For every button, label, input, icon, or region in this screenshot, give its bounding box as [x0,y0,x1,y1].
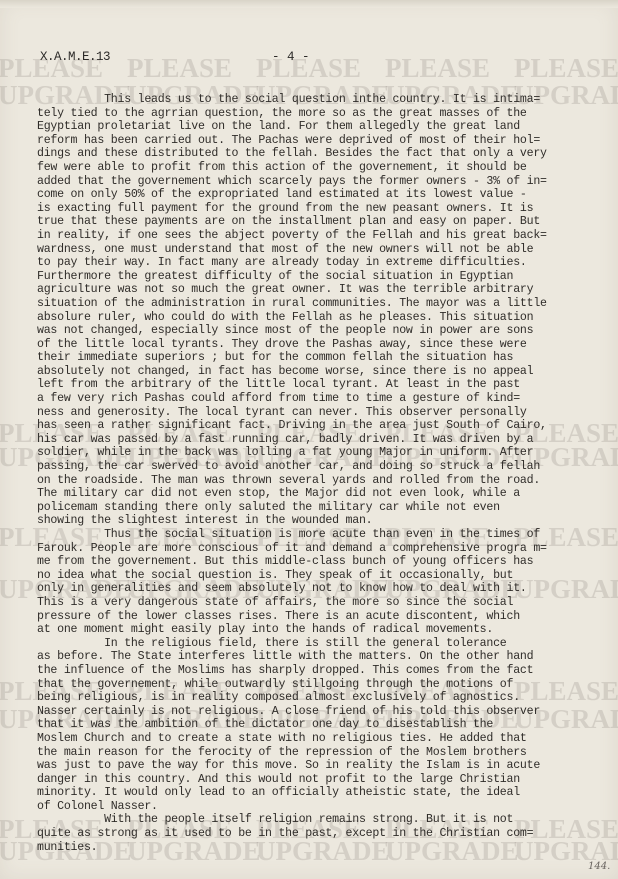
text-line: The military car did not even stop, the … [37,487,597,501]
text-line: being religious, is in reality composed … [37,691,597,705]
text-line: pressure of the lower classes rises. The… [37,610,597,624]
text-line: in reality, if one sees the abject pover… [37,229,597,243]
text-line: Thus the social situation is more acute … [37,528,597,542]
text-line: to pay their way. In fact many are alrea… [37,256,597,270]
text-line: no idea what the social question is. The… [37,569,597,583]
text-line: added that the governement which scarcel… [37,175,597,189]
text-line: absolure ruler, who could do with the Fe… [37,311,597,325]
text-line: situation of the administration in rural… [37,297,597,311]
text-line: Egyptian proletariat live on the land. F… [37,120,597,134]
text-line: Nasser certainly is not religious. A clo… [37,705,597,719]
page-number: - 4 - [272,50,310,64]
text-line: on the roadside. The man was thrown seve… [37,474,597,488]
text-line: Furthermore the greatest difficulty of t… [37,270,597,284]
text-line: of the little local tyrants. They drove … [37,338,597,352]
text-line: was not changed, especially since most o… [37,324,597,338]
text-line: few were able to profit from this action… [37,161,597,175]
watermark-text: PLEASE [514,55,618,82]
text-line: Moslem Church and to create a state with… [37,732,597,746]
document-page: PLEASEPLEASEPLEASEPLEASEPLEASEUPGRADEUPG… [0,0,618,879]
text-line: their immediate superiors ; but for the … [37,351,597,365]
text-line: danger in this country. And this would n… [37,773,597,787]
text-line: This is a very dangerous state of affair… [37,596,597,610]
text-line: dings and these distributed to the fella… [37,147,597,161]
watermark-text: PLEASE [385,55,490,82]
text-line: quite as strong as it used to be in the … [37,827,597,841]
scan-edge [0,0,618,8]
text-line: passing, the car swerved to avoid anothe… [37,460,597,474]
typed-body-text: This leads us to the social question int… [37,93,597,854]
text-line: ness and generosity. The local tyrant ca… [37,406,597,420]
text-line: reform has been carried out. The Pachas … [37,134,597,148]
text-line: With the people itself religion remains … [37,813,597,827]
text-line: policemam standing there only saluted th… [37,501,597,515]
text-line: minority. It would only lead to an offic… [37,786,597,800]
text-line: In the religious field, there is still t… [37,637,597,651]
text-line: as before. The State interferes little w… [37,650,597,664]
text-line: only in generalities and seem absolutely… [37,582,597,596]
text-line: a few very rich Pashas could afford from… [37,392,597,406]
document-reference: X.A.M.E.13 [40,50,110,64]
text-line: showing the slightest interest in the wo… [37,514,597,528]
watermark-text: PLEASE [127,55,232,82]
text-line: wardness, one must understand that most … [37,243,597,257]
text-line: the main reason for the ferocity of the … [37,746,597,760]
text-line: that it was the ambition of the dictator… [37,718,597,732]
handwritten-folio-number: 144. [588,861,610,872]
text-line: of Colonel Nasser. [37,800,597,814]
text-line: absolutely not changed, in fact has beco… [37,365,597,379]
text-line: that the governement, while outwardly st… [37,678,597,692]
text-line: has seen a rather significant fact. Driv… [37,419,597,433]
text-line: come on only 50% of the expropriated lan… [37,188,597,202]
text-line: at one moment might easily play into the… [37,623,597,637]
text-line: This leads us to the social question int… [37,93,597,107]
text-line: left from the arbitrary of the little lo… [37,378,597,392]
text-line: agriculture was not so much the great ow… [37,283,597,297]
text-line: was just to pave the way for this move. … [37,759,597,773]
text-line: is exacting full payment for the ground … [37,202,597,216]
text-line: Farouk. People are more conscious of it … [37,542,597,556]
text-line: me from the governement. But this middle… [37,555,597,569]
text-line: the influence of the Moslims has sharply… [37,664,597,678]
text-line: soldier, while in the back was lolling a… [37,446,597,460]
text-line: true that these payments are on the inst… [37,215,597,229]
text-line: munities. [37,841,597,855]
text-line: his car was passed by a fast running car… [37,433,597,447]
text-line: tely tied to the agrrian question, the m… [37,107,597,121]
